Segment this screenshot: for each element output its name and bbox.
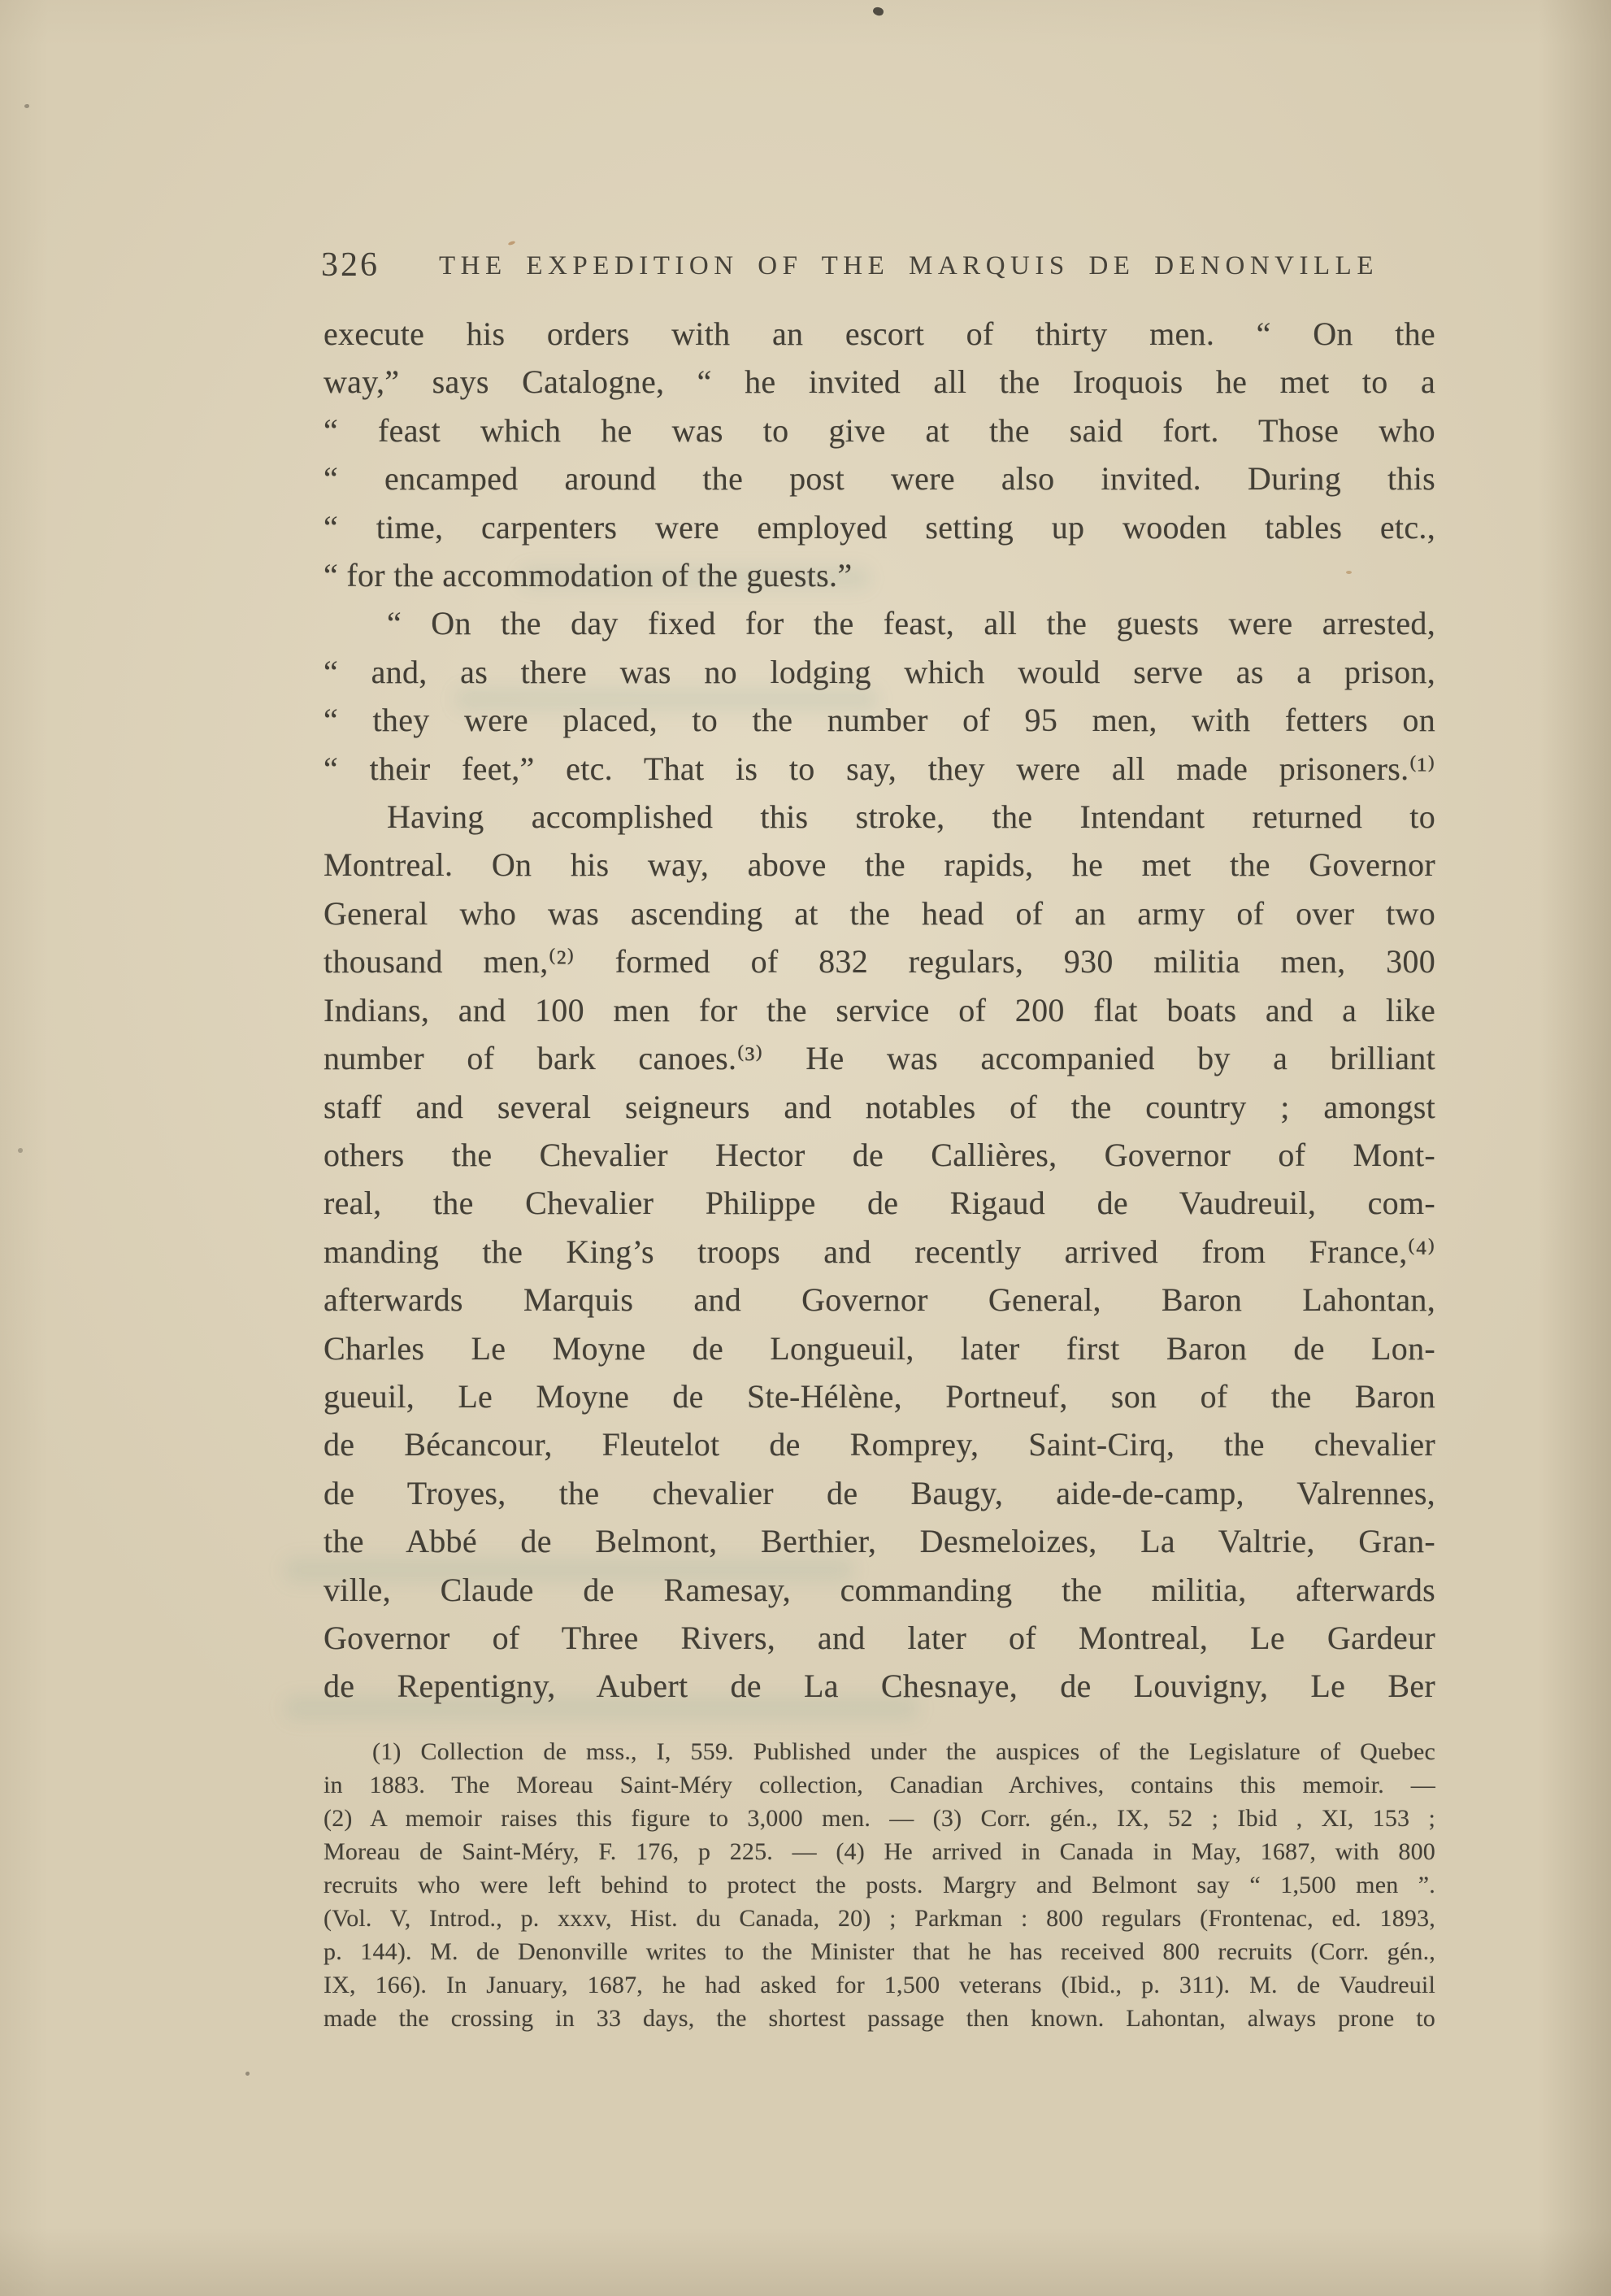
body-text: execute his orders with an escort of thi…: [324, 310, 1435, 1711]
ink-speck: [18, 1148, 23, 1153]
page-number: 326: [321, 246, 380, 285]
text-line: Having accomplished this stroke, the Int…: [324, 793, 1435, 841]
text-line: “ feast which he was to give at the said…: [324, 407, 1435, 454]
text-line: ville, Claude de Ramesay, commanding the…: [324, 1566, 1435, 1614]
footnotes: (1) Collection de mss., I, 559. Publishe…: [324, 1735, 1435, 2035]
ink-speck: [24, 104, 29, 108]
footnote-line: Moreau de Saint-Méry, F. 176, p 225. — (…: [324, 1835, 1435, 1868]
footnote-line: in 1883. The Moreau Saint-Méry collectio…: [324, 1768, 1435, 1802]
text-line: General who was ascending at the head of…: [324, 889, 1435, 937]
text-line: way,” says Catalogne, “ he invited all t…: [324, 358, 1435, 406]
text-line: number of bark canoes.⁽³⁾ He was accompa…: [324, 1034, 1435, 1082]
text-line: thousand men,⁽²⁾ formed of 832 regulars,…: [324, 937, 1435, 985]
text-line: staff and several seigneurs and notables…: [324, 1083, 1435, 1131]
text-line: Montreal. On his way, above the rapids, …: [324, 841, 1435, 889]
text-line: “ encamped around the post were also inv…: [324, 454, 1435, 502]
footnote-line: recruits who were left behind to protect…: [324, 1868, 1435, 1902]
text-line: “ On the day fixed for the feast, all th…: [324, 599, 1435, 647]
ink-speck: [245, 2072, 250, 2076]
text-line: “ for the accommodation of the guests.”: [324, 551, 1435, 599]
text-line: real, the Chevalier Philippe de Rigaud d…: [324, 1179, 1435, 1227]
text-line: “ and, as there was no lodging which wou…: [324, 648, 1435, 696]
footnote-line: (2) A memoir raises this figure to 3,000…: [324, 1802, 1435, 1835]
text-line: manding the King’s troops and recently a…: [324, 1228, 1435, 1276]
text-line: Governor of Three Rivers, and later of M…: [324, 1614, 1435, 1662]
text-line: “ time, carpenters were employed setting…: [324, 503, 1435, 551]
text-line: others the Chevalier Hector de Callières…: [324, 1131, 1435, 1179]
text-line: “ they were placed, to the number of 95 …: [324, 696, 1435, 744]
text-line: afterwards Marquis and Governor General,…: [324, 1276, 1435, 1324]
ink-speck: [872, 6, 884, 17]
text-line: de Repentigny, Aubert de La Chesnaye, de…: [324, 1662, 1435, 1710]
footnote-line: (1) Collection de mss., I, 559. Publishe…: [324, 1735, 1435, 1768]
running-title: THE EXPEDITION OF THE MARQUIS DE DENONVI…: [439, 251, 1379, 281]
footnote-line: made the crossing in 33 days, the shorte…: [324, 2002, 1435, 2035]
text-line: de Bécancour, Fleutelot de Romprey, Sain…: [324, 1420, 1435, 1468]
footnote-line: (Vol. V, Introd., p. xxxv, Hist. du Cana…: [324, 1902, 1435, 1935]
paper-fleck: [508, 241, 516, 246]
text-line: the Abbé de Belmont, Berthier, Desmeloiz…: [324, 1517, 1435, 1565]
footnote-line: IX, 166). In January, 1687, he had asked…: [324, 1968, 1435, 2002]
text-line: gueuil, Le Moyne de Ste-Hélène, Portneuf…: [324, 1372, 1435, 1420]
footnote-line: p. 144). M. de Denonville writes to the …: [324, 1935, 1435, 1968]
text-line: Indians, and 100 men for the service of …: [324, 986, 1435, 1034]
book-page: 326 THE EXPEDITION OF THE MARQUIS DE DEN…: [0, 0, 1611, 2296]
text-line: execute his orders with an escort of thi…: [324, 310, 1435, 358]
text-line: “ their feet,” etc. That is to say, they…: [324, 745, 1435, 793]
text-line: de Troyes, the chevalier de Baugy, aide-…: [324, 1469, 1435, 1517]
text-line: Charles Le Moyne de Longueuil, later fir…: [324, 1324, 1435, 1372]
